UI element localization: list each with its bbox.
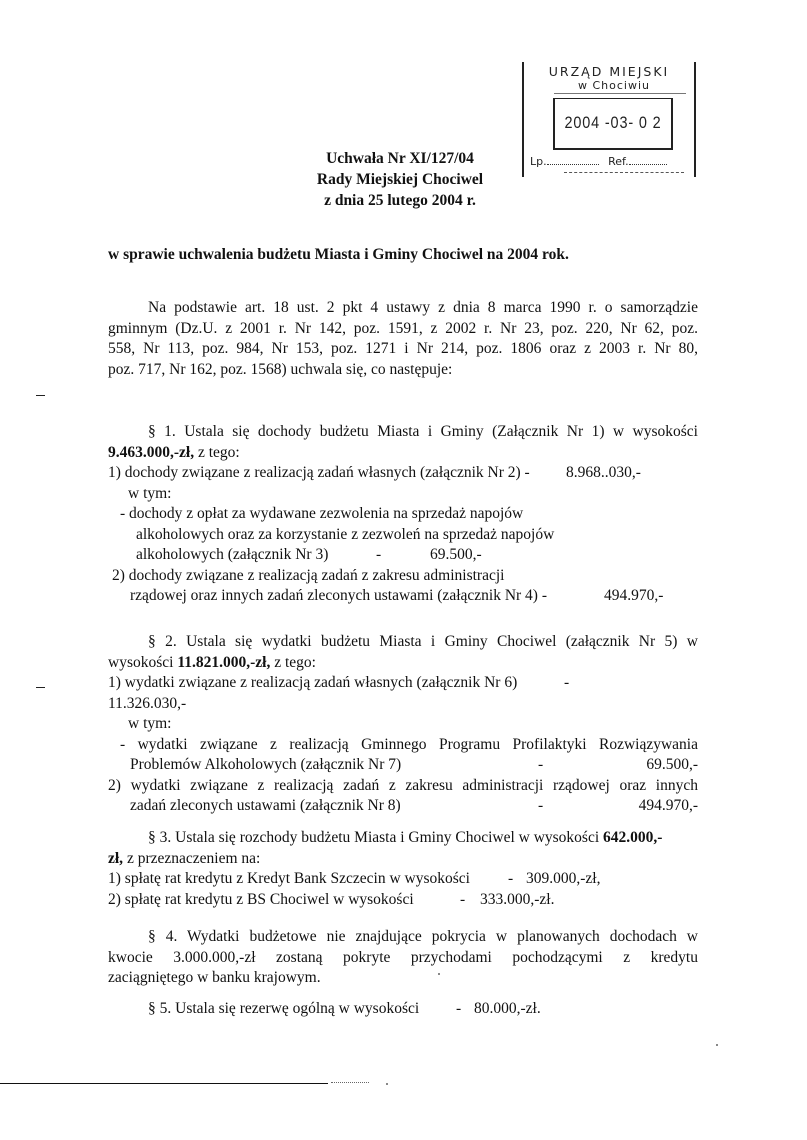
stamp-date-box: 2004 -03- 0 2 [553,98,673,150]
preamble: Na podstawie art. 18 ust. 2 pkt 4 ustawy… [108,298,698,380]
section-4-line: kwocie 3.000.000,-zł zostaną pokryte prz… [108,948,698,969]
section-2-item-2-value-row: zadań zleconych ustawami (załącznik Nr 8… [108,796,698,817]
section-2-expenditures: § 2. Ustala się wydatki budżetu Miasta i… [108,632,698,817]
section-5-value: 80.000,-zł. [474,999,541,1020]
sub-item-line: alkoholowych (załącznik Nr 3) [136,545,328,566]
item-value: 309.000,-zł, [526,869,600,890]
preamble-line: gminnym (Dz.U. z 2001 r. Nr 142, poz. 15… [108,319,698,340]
sub-item-line: alkoholowych oraz za korzystanie z zezwo… [136,525,554,546]
item-label: rządowej oraz innych zadań zleconych ust… [130,586,547,607]
section-1-in-that: w tym: [108,484,698,505]
scan-speck [438,973,440,975]
section-2-total-line: wysokości 11.821.000,-zł, z tego: [108,653,698,674]
scan-speck [386,1083,388,1085]
sub-item-line: - dochody z opłat za wydawane zezwolenia… [120,504,523,525]
sub-item-line: Problemów Alkoholowych (załącznik Nr 7) [130,755,401,776]
stamp-fields: Lp. Ref. [530,155,667,168]
stamp-ref-label: Ref. [608,155,629,168]
sub-item-value: 69.500,- [430,545,482,566]
sub-item-value: 69.500,- [646,755,698,776]
section-1-revenues: § 1. Ustala się dochody budżetu Miasta i… [108,422,698,607]
section-1-total: 9.463.000,-zł, [108,444,194,461]
item-dash: - [508,869,513,890]
section-2-item-1-value-row: 11.326.030,- [108,694,698,715]
section-1-sub-1-cont: alkoholowych oraz za korzystanie z zezwo… [108,525,698,546]
section-3-purpose: z przeznaczeniem na: [123,850,260,867]
section-3-intro: § 3. Ustala się rozchody budżetu Miasta … [148,829,599,846]
section-4-financing: § 4. Wydatki budżetowe nie znajdujące po… [108,927,698,989]
item-dash: - [564,673,569,694]
section-3-total: 642.000,- [603,829,662,846]
section-1-sub-1: - dochody z opłat za wydawane zezwolenia… [108,504,698,525]
item-value: 8.968..030,- [566,463,641,484]
section-2-item-1: 1) wydatki związane z realizacją zadań w… [108,673,698,694]
section-2-sub-1: - wydatki związane z realizacją Gminnego… [108,735,698,756]
punch-mark [36,395,45,396]
item-label: 1) spłatę rat kredytu z Kredyt Bank Szcz… [108,869,470,890]
in-that-label: w tym: [128,714,172,735]
footer-dotted-rule [331,1082,369,1083]
resolution-number: Uchwała Nr XI/127/04 [290,148,510,169]
sub-item-dash: - [376,545,381,566]
item-dash: - [538,796,543,817]
item-label: 2) spłatę rat kredytu z BS Chociwel w wy… [108,890,414,911]
section-2-sub-1-value-row: Problemów Alkoholowych (załącznik Nr 7) … [108,755,698,776]
section-5-label: § 5. Ustala się rezerwę ogólną w wysokoś… [148,999,419,1020]
section-5-row: § 5. Ustala się rezerwę ogólną w wysokoś… [108,999,698,1020]
section-1-sub-1-value-row: alkoholowych (załącznik Nr 3) - 69.500,- [108,545,698,566]
item-value: 11.326.030,- [108,694,186,715]
section-3-total-line: zł, z przeznaczeniem na: [108,849,698,870]
section-5-dash: - [456,999,461,1020]
resolution-header: Uchwała Nr XI/127/04 Rady Miejskiej Choc… [290,148,510,211]
section-3-item-2: 2) spłatę rat kredytu z BS Chociwel w wy… [108,890,698,911]
section-2-intro: § 2. Ustala się wydatki budżetu Miasta i… [108,632,698,653]
section-3-currency: zł, [108,850,123,867]
item-label: 1) dochody związane z realizacją zadań w… [108,463,530,484]
stamp-date: 2004 -03- 0 2 [564,113,663,133]
preamble-line: Na podstawie art. 18 ust. 2 pkt 4 ustawy… [108,298,698,319]
stamp-divider [554,93,686,94]
preamble-line: poz. 717, Nr 162, poz. 1568) uchwala się… [108,360,698,381]
section-4-line: § 4. Wydatki budżetowe nie znajdujące po… [108,927,698,948]
stamp-lp-blank [547,155,599,165]
registry-stamp: URZĄD MIEJSKI w Chociwiu 2004 -03- 0 2 L… [522,62,696,177]
section-4-line: zaciągniętego w banku krajowym. [108,968,698,989]
section-1-item-1: 1) dochody związane z realizacją zadań w… [108,463,698,484]
item-label: 1) wydatki związane z realizacją zadań w… [108,673,517,694]
section-1-item-2-value-row: rządowej oraz innych zadań zleconych ust… [108,586,698,607]
scan-speck [716,1044,718,1046]
section-2-total-suffix: z tego: [270,654,316,671]
item-dash: - [460,890,465,911]
stamp-ref-blank [629,155,667,165]
stamp-location: w Chociwiu [524,79,694,92]
resolution-date: z dnia 25 lutego 2004 r. [290,190,510,211]
in-that-label: w tym: [128,484,172,505]
item-value: 494.970,- [639,796,698,817]
section-2-total: 11.821.000,-zł, [177,654,270,671]
preamble-line: 558, Nr 113, poz. 984, Nr 153, poz. 1271… [108,339,698,360]
section-1-total-suffix: z tego: [194,444,240,461]
resolution-subject: w sprawie uchwalenia budżetu Miasta i Gm… [108,246,569,264]
section-3-intro-line: § 3. Ustala się rozchody budżetu Miasta … [108,828,698,849]
section-1-intro: § 1. Ustala się dochody budżetu Miasta i… [108,422,698,443]
section-3-item-1: 1) spłatę rat kredytu z Kredyt Bank Szcz… [108,869,698,890]
section-3-outgoings: § 3. Ustala się rozchody budżetu Miasta … [108,828,698,910]
item-label: 2) dochody związane z realizacją zadań z… [112,566,504,587]
footer-rule [0,1083,328,1084]
stamp-office: URZĄD MIEJSKI [524,64,694,79]
sub-item-dash: - [538,755,543,776]
item-value: 333.000,-zł. [480,890,554,911]
punch-mark [36,687,45,688]
section-2-total-prefix: wysokości [108,654,177,671]
stamp-bottom-line [564,172,684,173]
stamp-lp-label: Lp. [530,155,547,168]
section-1-item-2: 2) dochody związane z realizacją zadań z… [108,566,698,587]
section-2-in-that: w tym: [108,714,698,735]
item-value: 494.970,- [604,586,663,607]
item-label: zadań zleconych ustawami (załącznik Nr 8… [130,796,401,817]
section-5-reserve: § 5. Ustala się rezerwę ogólną w wysokoś… [108,999,698,1020]
resolution-council: Rady Miejskiej Chociwel [290,169,510,190]
section-1-total-line: 9.463.000,-zł, z tego: [108,443,698,464]
section-2-item-2: 2) wydatki związane z realizacją zadań z… [108,776,698,797]
